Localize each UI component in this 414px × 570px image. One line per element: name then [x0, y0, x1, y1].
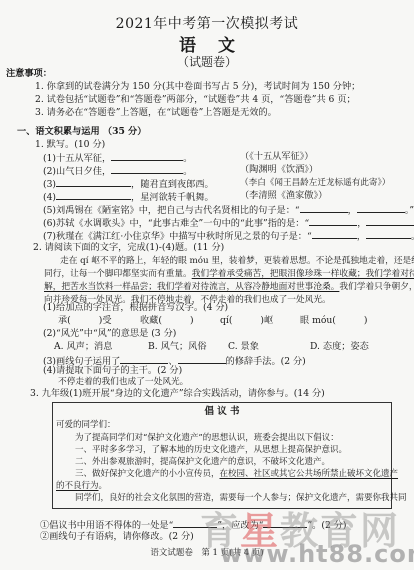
underlined-sentence: 解，把苦水当饮料一样品尝；我们学着对待流言，从容冷静地面对世事沧桑。	[44, 282, 339, 292]
q1-line-7: (7)秋瑾在《满江红·小住京华》中描写中秋时所见之景的句子是：“，。”	[43, 229, 414, 243]
q2-sub4-sentence: 不停走着的我们也成了一处风光。	[58, 376, 188, 388]
q2-sub1-label: (1)给加点的字注音，根据拼音写汉字。(4 分)	[43, 302, 228, 314]
q1-line-4: (4)，星河欲转千帆舞。	[43, 190, 214, 204]
answer-blank[interactable]	[312, 229, 357, 239]
answer-blank[interactable]	[111, 151, 183, 161]
proposal-letter-box: 倡 议 书 可爱的同学们： 为了提高同学们对“保护文化遗产”的思想认识，班委会提…	[52, 402, 392, 509]
q1-label: 1. 默写。(10 分)	[35, 139, 105, 151]
q1-line-3: (3)，随君直到夜郎西。	[43, 177, 214, 191]
option-a[interactable]: A. 风声；消息	[54, 341, 112, 353]
letter-title: 倡 议 书	[53, 406, 391, 418]
letter-point-3: 三、做好保护文化遗产的小小宣传员，在校园、社区或其它公共场所禁止破坏文化遗产	[75, 468, 398, 480]
watermark-url: www.ht88.com	[220, 540, 414, 568]
q1-source-1: （《十五从军征》）	[240, 151, 314, 163]
q3-label: 3. 九年级(1)班开展“身边的文化遗产”综合实践活动，请你参与。(14 分)	[30, 388, 325, 400]
passage-line-3: 解，把苦水当饮料一样品尝；我们学着对待流言，从容冷静地面对世事沧桑。我们学着只争…	[44, 281, 414, 293]
exam-page: 2021年中考第一次模拟考试 语文 （试题卷） 注意事项： 1. 你拿到的试卷满…	[0, 0, 414, 570]
notice-heading: 注意事项：	[6, 68, 52, 80]
passage-line-1: 走在 qí 岖不平的路上，年轻的眼 móu 里，装着梦，更装着思想。不论是孤独地…	[60, 255, 414, 267]
q1-line-5: (5)刘禹锡在《陋室铭》中，把自己与古代名贤相比的句子是：“，。”	[43, 203, 414, 217]
answer-blank[interactable]	[300, 203, 348, 213]
answer-blank[interactable]	[366, 216, 414, 226]
letter-point-2: 二、外出参观旅游时，提高保护文化遗产的意识，不破坏文化遗产。	[75, 456, 330, 468]
letter-point-1: 一、平时多多学习，了解本地的历史文化遗产，从思想上提高保护意识。	[75, 444, 347, 456]
letter-point-3-cont: 的不良行为。	[56, 480, 107, 492]
answer-blank[interactable]	[178, 354, 226, 364]
pinyin-item-4: 眼 móu()	[300, 315, 367, 327]
q1-line-1: (1)十五从军征，。	[43, 151, 192, 165]
pinyin-item-2: 收藏()	[140, 315, 194, 327]
passage-line-2: 同行，让每一个脚印都坚实而有重量。我们学着承受痛苦，把眼泪像珍珠一样收藏；我们学…	[44, 268, 414, 280]
notice-item-3: 3. 请务必在“答题卷”上答题，在“试题卷”上答题是无效的。	[35, 107, 277, 119]
answer-blank[interactable]	[56, 190, 131, 200]
answer-blank[interactable]	[120, 354, 168, 364]
notice-item-1: 1. 你拿到的试卷满分为 150 分(其中卷面书写占 5 分)，考试时间为 15…	[35, 81, 360, 93]
notice-item-2: 2. 试卷包括“试题卷”和“答题卷”两部分，“试题卷”共 4 页，“答题卷”共 …	[35, 94, 356, 106]
letter-intro: 为了提高同学们对“保护文化遗产”的思想认识，班委会提出以下倡议：	[75, 432, 339, 444]
q2-sub2-label: (2)“风光”中“风”的意思是 (3 分)	[43, 328, 176, 340]
pinyin-item-3: qí()岖	[220, 315, 273, 327]
letter-salutation: 可爱的同学们：	[56, 419, 116, 431]
answer-blank[interactable]	[309, 216, 357, 226]
pinyin-item-1: 承()受	[58, 315, 112, 327]
answer-blank[interactable]	[56, 177, 131, 187]
paper-subtitle: （试题卷）	[0, 53, 414, 70]
underlined-sentence: 的不良行为	[56, 481, 99, 491]
option-c[interactable]: C. 景象	[228, 341, 259, 353]
q2-label: 2. 请阅读下面的文字，完成(1)-(4)题。(11 分)	[33, 242, 224, 254]
q1-source-3: （李白《闻王昌龄左迁龙标遥有此寄》）	[240, 177, 390, 189]
section-heading: 一、语文积累与运用 （35 分）	[17, 126, 146, 138]
option-b[interactable]: B. 风气；风俗	[148, 341, 207, 353]
q3-question-b: ②画线句子有语病，请你修改。(2 分)	[40, 531, 194, 543]
q1-source-2: （陶渊明《饮酒》）	[240, 164, 318, 176]
option-d[interactable]: D. 态度；姿态	[310, 341, 369, 353]
q1-line-6: (6)苏轼《水调歌头》中，“此事古难全”一句中的“此事”指的是：“，。”	[43, 216, 414, 230]
exam-title: 2021年中考第一次模拟考试	[0, 13, 414, 33]
underlined-sentence: 在校园、社区或其它公共场所禁止破坏文化遗产	[220, 469, 399, 479]
answer-blank[interactable]	[357, 203, 405, 213]
q1-source-4: （李清照《渔家傲》）	[240, 190, 327, 202]
answer-blank[interactable]	[111, 164, 183, 174]
answer-blank[interactable]	[366, 229, 411, 239]
q1-line-2: (2)山气日夕佳，。	[43, 164, 192, 178]
underlined-sentence: 我们学着承受痛苦，把眼泪像珍珠一样收藏；我们学着对待误	[192, 269, 414, 279]
